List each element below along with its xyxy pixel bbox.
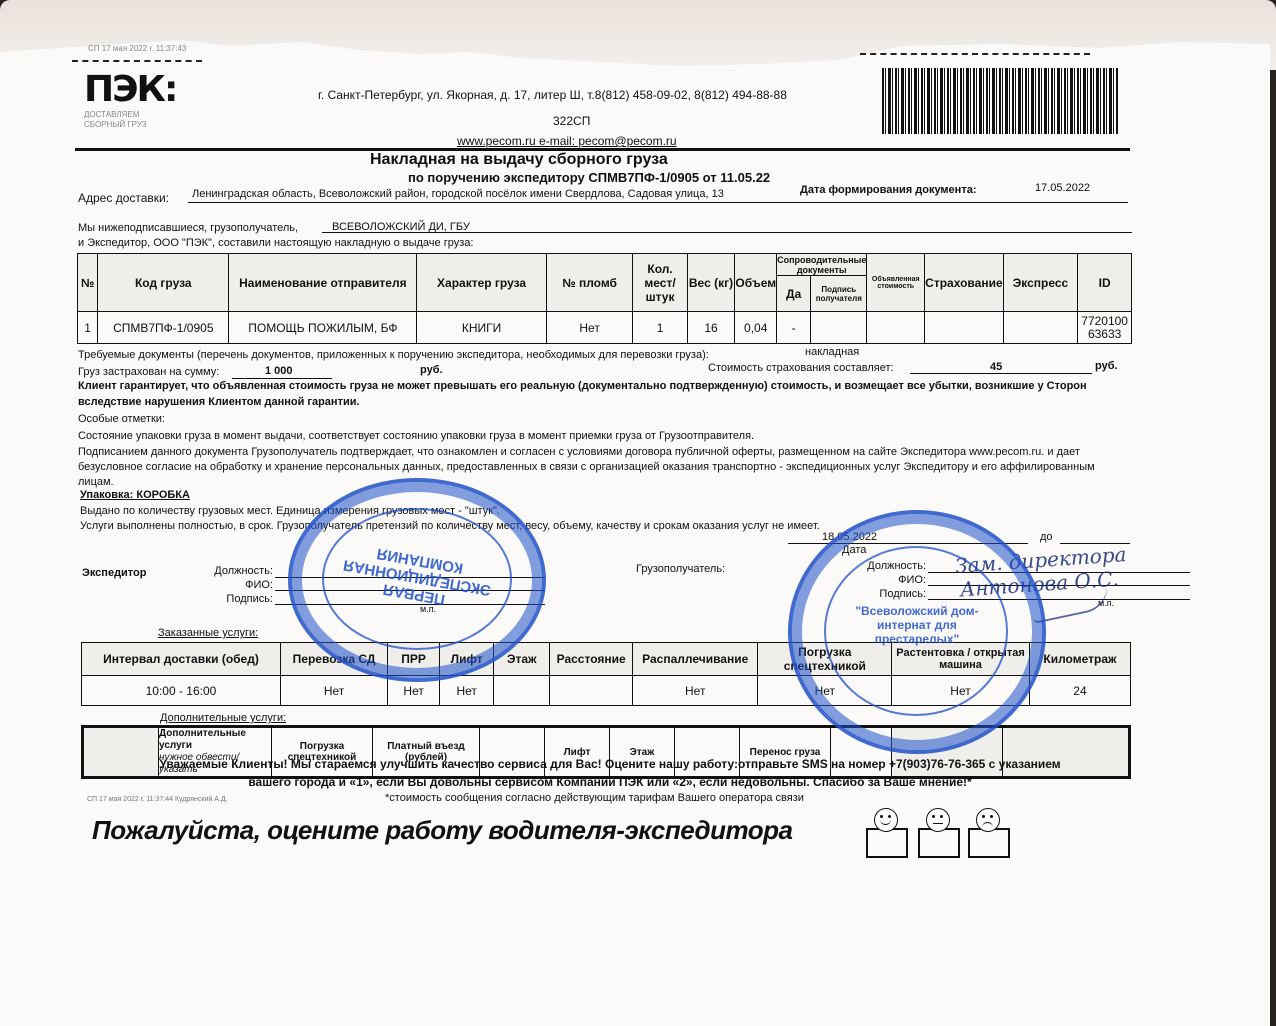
special-marks-label: Особые отметки: [78, 413, 165, 425]
forwarder-label: Экспедитор [82, 567, 147, 579]
guarantee-text: Клиент гарантирует, что объявленная стои… [78, 378, 1128, 410]
consignee-stamp: "Всеволожский дом-интернат для престарел… [788, 510, 1046, 754]
svc-col-distance: Расстояние [550, 643, 633, 676]
created-date-label: Дата формирования документа: [800, 184, 977, 196]
cell-volume: 0,04 [735, 312, 777, 344]
cell-sender: ПОМОЩЬ ПОЖИЛЫМ, БФ [229, 312, 417, 344]
intro-text-1: Мы нижеподписавшиеся, грузополучатель, [78, 222, 298, 234]
cell-seals: Нет [546, 312, 633, 344]
required-docs-label: Требуемые документы (перечень документов… [78, 349, 709, 361]
consent-text: Подписанием данного документа Грузополуч… [78, 445, 1126, 490]
barcode-icon [882, 68, 1118, 134]
svc-distance [550, 676, 633, 706]
cell-nature: КНИГИ [417, 312, 546, 344]
col-express: Экспресс [1003, 254, 1078, 312]
packaging-state-text: Состояние упаковки груза в момент выдачи… [78, 430, 754, 442]
insurance-cost-label: Стоимость страхования составляет: [708, 362, 894, 374]
branch-code: 322СП [553, 114, 590, 128]
top-print-stamp: СП 17 мая 2022 г. 11:37:43 [88, 44, 186, 53]
created-date: 17.05.2022 [1035, 182, 1090, 194]
delivery-address: Ленинградская область, Всеволожский райо… [192, 188, 724, 200]
table-row: 1 СПМВ7ПФ-1/0905 ПОМОЩЬ ПОЖИЛЫМ, БФ КНИГ… [78, 312, 1132, 344]
forwarder-position-label: Должность: [205, 565, 273, 577]
col-declared: Объявленная стоимость [867, 254, 925, 312]
col-volume: Объем [735, 254, 777, 312]
svc-depalletizing: Нет [632, 676, 758, 706]
cell-weight: 16 [687, 312, 735, 344]
intro-text-2: и Экспедитор, ООО "ПЭК", составили насто… [78, 237, 473, 249]
col-docs-yes: Да [777, 276, 811, 312]
happy-face-icon[interactable] [866, 808, 916, 858]
logo-tagline-2: СБОРНЫЙ ГРУЗ [84, 120, 174, 130]
document-subtitle: по поручению экспедитору СПМВ7ПФ-1/0905 … [408, 170, 770, 185]
additional-services-title: Дополнительные услуги: [160, 712, 286, 724]
forwarder-stamp: ПЕРВАЯ ЭКСПЕДИЦИОННАЯ КОМПАНИЯ [288, 478, 546, 682]
cell-insurance [925, 312, 1003, 344]
tear-line [72, 60, 202, 62]
svc-floor [494, 676, 550, 706]
col-insurance: Страхование [925, 254, 1003, 312]
cell-qty: 1 [633, 312, 687, 344]
required-docs-value: накладная [805, 346, 859, 358]
underline [910, 373, 1092, 374]
svc-col-interval: Интервал доставки (обед) [82, 643, 281, 676]
col-qty: Кол. мест/штук [633, 254, 687, 312]
col-docs-sign: Подпись получателя [811, 276, 867, 312]
currency-label: руб. [420, 364, 443, 376]
underline [322, 232, 1132, 233]
neutral-face-icon[interactable] [918, 808, 968, 858]
col-weight: Вес (кг) [687, 254, 735, 312]
insured-amount: 1 000 [265, 365, 293, 377]
delivery-address-label: Адрес доставки: [78, 191, 169, 205]
cell-id: 772010063633 [1078, 312, 1132, 344]
underline [188, 202, 1128, 203]
currency-label-2: руб. [1095, 360, 1118, 372]
company-address: г. Санкт-Петербург, ул. Якорная, д. 17, … [318, 88, 787, 102]
cell-express [1003, 312, 1078, 344]
sms-note: *стоимость сообщения согласно действующи… [385, 792, 804, 804]
insured-label: Груз застрахован на сумму: [78, 366, 219, 378]
insurance-cost: 45 [990, 361, 1002, 373]
cell-docs-sign [811, 312, 867, 344]
pek-logo: ПЭК: ДОСТАВЛЯЕМ СБОРНЫЙ ГРУЗ [84, 72, 174, 130]
svc-mileage: 24 [1029, 676, 1130, 706]
col-sender: Наименование отправителя [229, 254, 417, 312]
logo-tagline-1: ДОСТАВЛЯЕМ [84, 110, 174, 120]
col-nature: Характер груза [417, 254, 546, 312]
forwarder-sign-label: Подпись: [205, 593, 273, 605]
sms-line-1: Уважаемые Клиенты! Мы стараемся улучшить… [80, 757, 1140, 771]
print-stamp: СП 17 мая 2022 г. 11:37:44 Кудрянский А.… [87, 796, 228, 803]
cell-declared [867, 312, 925, 344]
rate-driver-text: Пожалуйста, оцените работу водителя-эксп… [92, 815, 793, 846]
consignee-label: Грузополучатель: [636, 563, 725, 575]
cell-docs-yes: - [777, 312, 811, 344]
col-num: № [78, 254, 98, 312]
packaging-type: Упаковка: КОРОБКА [80, 489, 190, 501]
sad-face-icon[interactable] [968, 808, 1018, 858]
svc-lift: Нет [440, 676, 494, 706]
col-code: Код груза [98, 254, 229, 312]
svc-col-depalletizing: Распаллечивание [632, 643, 758, 676]
logo-mark: ПЭК: [84, 72, 174, 108]
svc-interval: 10:00 - 16:00 [82, 676, 281, 706]
document-title: Накладная на выдачу сборного груза [370, 151, 668, 169]
company-contacts[interactable]: www.pecom.ru e-mail: pecom@pecom.ru [457, 134, 677, 148]
col-docs: Сопроводительные документы [777, 254, 867, 276]
svc-transport: Нет [280, 676, 387, 706]
sms-line-2: вашего города и «1», если Вы довольны се… [80, 775, 1140, 789]
forwarder-name-label: ФИО: [205, 579, 273, 591]
ordered-services-title: Заказанные услуги: [158, 627, 258, 639]
cell-num: 1 [78, 312, 98, 344]
until-label: до [1040, 531, 1053, 543]
col-seals: № пломб [546, 254, 633, 312]
col-id: ID [1078, 254, 1132, 312]
cargo-table: № Код груза Наименование отправителя Хар… [77, 253, 1132, 344]
tear-line-right [860, 53, 1090, 55]
cell-code: СПМВ7ПФ-1/0905 [98, 312, 229, 344]
